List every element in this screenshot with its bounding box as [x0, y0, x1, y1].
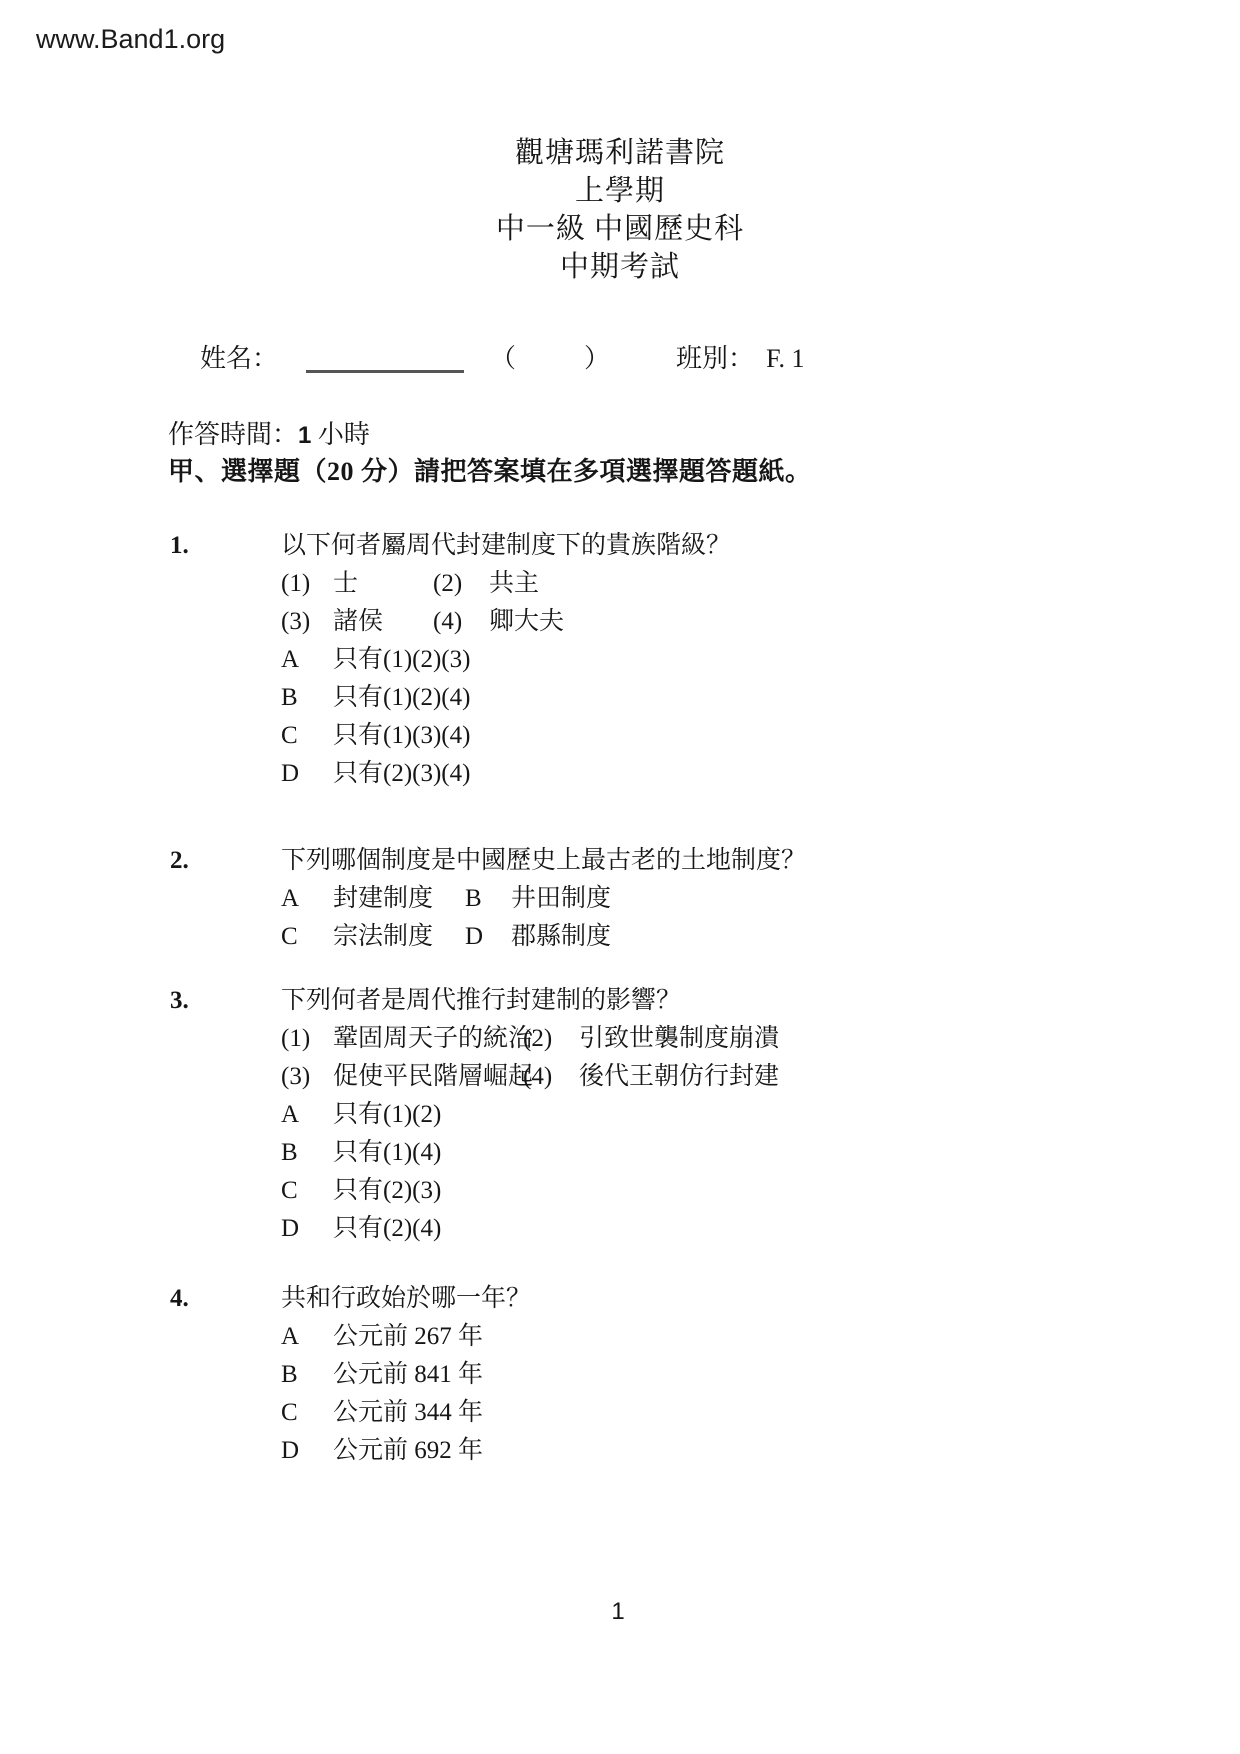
- name-blank-line: [306, 344, 464, 373]
- question-body: 共和行政始於哪一年？ A 公元前 267 年 B 公元前 841 年 C 公元前…: [281, 1280, 531, 1470]
- option-row: D 公元前 692 年: [281, 1432, 531, 1470]
- option-row: B 只有(1)(2)(4): [281, 679, 731, 717]
- option-letter: C: [281, 918, 333, 956]
- answer-time-line: 作答時間：1 小時: [168, 414, 370, 451]
- question-number: 1.: [170, 527, 281, 793]
- option-text: 公元前 841 年: [333, 1356, 483, 1394]
- exam-name-line: 中期考試: [0, 248, 1240, 286]
- subitem-label: (2): [433, 565, 489, 603]
- option-row: A 只有(1)(2): [281, 1096, 779, 1134]
- option-letter: B: [281, 1356, 333, 1394]
- student-info-row: 姓名： （ ） 班別： F. 1: [200, 338, 804, 375]
- option-text: 只有(2)(3)(4): [333, 755, 470, 793]
- option-text: 只有(1)(2)(4): [333, 679, 470, 717]
- time-label: 作答時間：: [168, 420, 298, 449]
- question-2: 2. 下列哪個制度是中國歷史上最古老的土地制度？ A 封建制度 B 井田制度 C…: [170, 842, 806, 956]
- grade-subject-line: 中一級 中國歷史科: [0, 210, 1240, 248]
- question-body: 下列哪個制度是中國歷史上最古老的土地制度？ A 封建制度 B 井田制度 C 宗法…: [281, 842, 806, 956]
- option-letter: B: [465, 880, 511, 918]
- option-row: D 只有(2)(4): [281, 1210, 779, 1248]
- option-row: D 只有(2)(3)(4): [281, 755, 731, 793]
- subitem-label: (2): [523, 1020, 579, 1058]
- subitem-row: (3) 諸侯 (4) 卿大夫: [281, 603, 731, 641]
- option-row: C 只有(1)(3)(4): [281, 717, 731, 755]
- subitem-label: (3): [281, 1058, 333, 1096]
- question-number: 2.: [170, 842, 281, 956]
- option-letter: B: [281, 1134, 333, 1172]
- option-text: 公元前 267 年: [333, 1318, 483, 1356]
- term-line: 上學期: [0, 172, 1240, 210]
- class-value: F. 1: [766, 344, 804, 374]
- option-letter: A: [281, 641, 333, 679]
- option-text: 只有(2)(3): [333, 1172, 441, 1210]
- option-text: 郡縣制度: [511, 918, 611, 956]
- subitem-label: (3): [281, 603, 333, 641]
- subitem-row: (1) 士 (2) 共主: [281, 565, 731, 603]
- question-text: 共和行政始於哪一年？: [281, 1280, 531, 1318]
- option-text: 宗法制度: [333, 918, 465, 956]
- option-letter: A: [281, 1096, 333, 1134]
- question-body: 以下何者屬周代封建制度下的貴族階級？ (1) 士 (2) 共主 (3) 諸侯 (…: [281, 527, 731, 793]
- option-letter: B: [281, 679, 333, 717]
- school-name: 觀塘瑪利諾書院: [0, 134, 1240, 172]
- option-letter: D: [281, 755, 333, 793]
- option-row: B 只有(1)(4): [281, 1134, 779, 1172]
- name-label: 姓名：: [200, 338, 278, 375]
- question-text: 下列何者是周代推行封建制的影響？: [281, 982, 779, 1020]
- option-row: C 只有(2)(3): [281, 1172, 779, 1210]
- option-row: A 只有(1)(2)(3): [281, 641, 731, 679]
- subitem-row: (1) 鞏固周天子的統治 (2) 引致世襲制度崩潰: [281, 1020, 779, 1058]
- option-text: 只有(1)(2): [333, 1096, 441, 1134]
- subitem-text: 諸侯: [333, 603, 433, 641]
- option-letter: D: [465, 918, 511, 956]
- watermark: www.Band1.org: [36, 24, 225, 55]
- option-text: 只有(1)(2)(3): [333, 641, 470, 679]
- option-row: C 宗法制度 D 郡縣制度: [281, 918, 806, 956]
- question-text: 以下何者屬周代封建制度下的貴族階級？: [281, 527, 731, 565]
- subitem-text: 後代王朝仿行封建: [579, 1058, 779, 1096]
- subitem-label: (4): [523, 1058, 579, 1096]
- question-1: 1. 以下何者屬周代封建制度下的貴族階級？ (1) 士 (2) 共主 (3) 諸…: [170, 527, 731, 793]
- class-label: 班別：: [676, 338, 754, 375]
- exam-header: 觀塘瑪利諾書院 上學期 中一級 中國歷史科 中期考試: [0, 134, 1240, 286]
- subitem-label: (1): [281, 1020, 333, 1058]
- option-letter: D: [281, 1432, 333, 1470]
- class-number-paren-close: ）: [584, 338, 610, 375]
- subitem-text: 卿大夫: [489, 603, 564, 641]
- subitem-text: 士: [333, 565, 433, 603]
- question-text: 下列哪個制度是中國歷史上最古老的土地制度？: [281, 842, 806, 880]
- question-3: 3. 下列何者是周代推行封建制的影響？ (1) 鞏固周天子的統治 (2) 引致世…: [170, 982, 779, 1248]
- option-text: 只有(2)(4): [333, 1210, 441, 1248]
- option-text: 封建制度: [333, 880, 465, 918]
- option-letter: C: [281, 1394, 333, 1432]
- question-4: 4. 共和行政始於哪一年？ A 公元前 267 年 B 公元前 841 年 C …: [170, 1280, 531, 1470]
- subitem-text: 共主: [489, 565, 539, 603]
- subitem-text: 鞏固周天子的統治: [333, 1020, 523, 1058]
- subitem-label: (4): [433, 603, 489, 641]
- option-row: A 封建制度 B 井田制度: [281, 880, 806, 918]
- option-text: 只有(1)(4): [333, 1134, 441, 1172]
- option-text: 公元前 692 年: [333, 1432, 483, 1470]
- option-text: 公元前 344 年: [333, 1394, 483, 1432]
- subitem-label: (1): [281, 565, 333, 603]
- option-row: B 公元前 841 年: [281, 1356, 531, 1394]
- option-text: 只有(1)(3)(4): [333, 717, 470, 755]
- option-row: C 公元前 344 年: [281, 1394, 531, 1432]
- exam-paper-page: www.Band1.org 觀塘瑪利諾書院 上學期 中一級 中國歷史科 中期考試…: [0, 0, 1240, 1754]
- page-number: 1: [0, 1598, 1236, 1626]
- time-unit: 小時: [311, 420, 370, 449]
- option-row: A 公元前 267 年: [281, 1318, 531, 1356]
- subitem-text: 促使平民階層崛起: [333, 1058, 523, 1096]
- option-letter: C: [281, 1172, 333, 1210]
- question-number: 3.: [170, 982, 281, 1248]
- section-heading: 甲、選擇題（20 分）請把答案填在多項選擇題答題紙。: [168, 451, 812, 488]
- option-letter: A: [281, 880, 333, 918]
- subitem-row: (3) 促使平民階層崛起 (4) 後代王朝仿行封建: [281, 1058, 779, 1096]
- option-letter: D: [281, 1210, 333, 1248]
- time-value: 1: [298, 422, 311, 449]
- class-number-paren-open: （: [490, 338, 516, 375]
- subitem-text: 引致世襲制度崩潰: [579, 1020, 779, 1058]
- question-body: 下列何者是周代推行封建制的影響？ (1) 鞏固周天子的統治 (2) 引致世襲制度…: [281, 982, 779, 1248]
- option-letter: C: [281, 717, 333, 755]
- option-letter: A: [281, 1318, 333, 1356]
- option-text: 井田制度: [511, 880, 611, 918]
- question-number: 4.: [170, 1280, 281, 1470]
